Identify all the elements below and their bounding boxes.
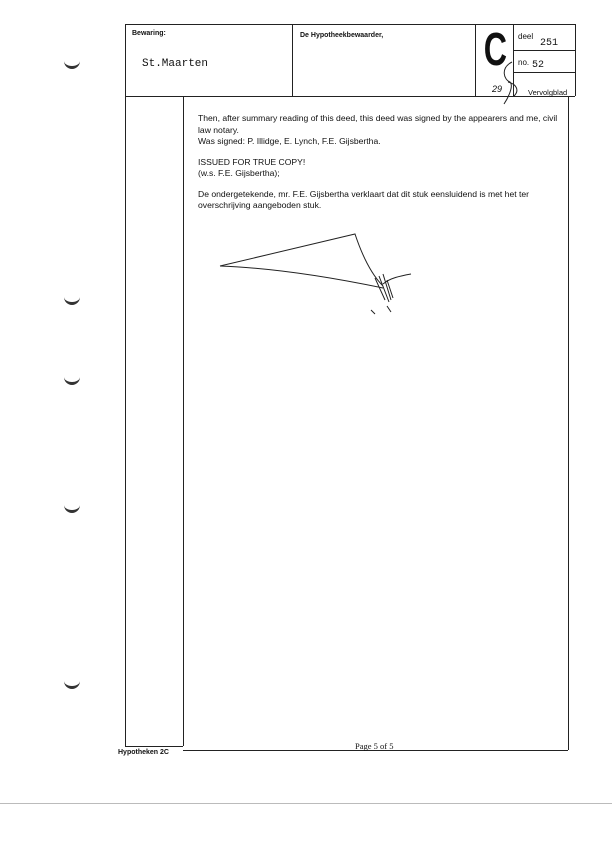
page-number: Page 5 of 5 <box>355 741 393 751</box>
binder-hole <box>64 372 80 385</box>
scan-edge <box>0 803 612 804</box>
bewaring-value: St.Maarten <box>142 58 208 70</box>
vervolgblad-label: Vervolgblad <box>528 88 567 97</box>
signatures-line: Was signed: P. Illidge, E. Lynch, F.E. G… <box>198 136 558 148</box>
true-copy-line: ISSUED FOR TRUE COPY! <box>198 157 558 169</box>
signature-icon <box>215 228 425 318</box>
hypotheekbewaarder-label: De Hypotheekbewaarder, <box>300 32 383 39</box>
binder-hole <box>64 56 80 69</box>
binder-hole <box>64 292 80 305</box>
bewaring-label: Bewaring: <box>132 30 166 37</box>
deel-value: 251 <box>540 38 558 49</box>
form-label: Hypotheken 2C <box>118 749 169 756</box>
ws-line: (w.s. F.E. Gijsbertha); <box>198 168 558 180</box>
closing-paragraph: Then, after summary reading of this deed… <box>198 113 558 136</box>
deel-label: deel <box>518 32 533 41</box>
binder-hole <box>64 500 80 513</box>
handwritten-mark-icon <box>490 60 530 106</box>
declaration-paragraph: De ondergetekende, mr. F.E. Gijsbertha v… <box>198 189 558 212</box>
deed-body: Then, after summary reading of this deed… <box>198 113 558 221</box>
binder-hole <box>64 676 80 689</box>
no-value: 52 <box>532 60 544 71</box>
